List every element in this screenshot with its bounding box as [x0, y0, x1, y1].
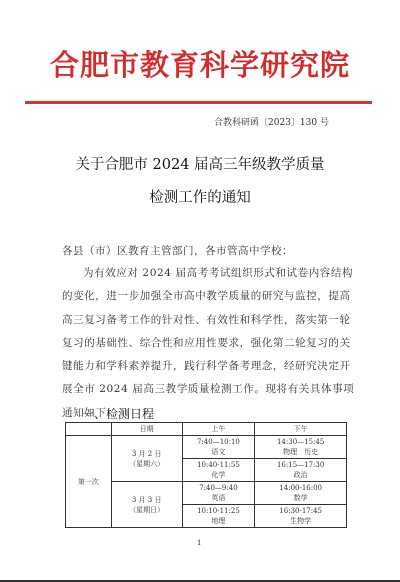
weekday-text: （星期六） — [112, 459, 182, 469]
slot-subject: 数学 — [255, 493, 346, 503]
slot-subject: 生物学 — [255, 516, 346, 526]
afternoon-slot: 16:15—17:30 政治 — [255, 459, 347, 482]
slot-subject: 政治 — [255, 470, 346, 480]
date-cell: 3 月 2 日 （星期六） — [111, 436, 182, 482]
weekday-text: （星期日） — [112, 505, 182, 515]
morning-slot: 7:40—10:10 语文 — [182, 436, 255, 459]
body-line: 为有效应对 2024 届高考考试组织形式和试卷内容结构 — [62, 262, 342, 285]
red-header-rule — [25, 101, 372, 104]
slot-subject: 地理 — [183, 516, 255, 526]
page-number: 1 — [197, 539, 201, 547]
slot-time: 7:40—10:10 — [183, 437, 255, 447]
morning-slot: 10:10-11:25 地理 — [182, 505, 255, 528]
header-date: 日期 — [111, 423, 182, 436]
salutation: 各县（市）区教育主管部门，各市管高中学校： — [62, 243, 293, 258]
slot-subject: 物理 历史 — [255, 447, 346, 457]
body-line: 键能力和学科素养提升，践行科学备考理念，经研究决定开 — [62, 355, 342, 378]
notice-title-line-1: 关于合肥市 2024 届高三年级教学质量 — [0, 156, 400, 174]
table-header-row: 日期 上午 下午 — [66, 423, 347, 436]
document-number: 合教科研函〔2023〕130 号 — [214, 115, 329, 128]
slot-time: 10:10-11:25 — [183, 506, 255, 516]
round-cell: 第一次 — [66, 436, 112, 528]
afternoon-slot: 14:00-16:00 数学 — [255, 482, 347, 505]
date-text: 3 月 3 日 — [112, 495, 182, 505]
slot-time: 14:00-16:00 — [255, 483, 346, 493]
slot-subject: 化学 — [183, 470, 255, 480]
notice-title-line-2: 检测工作的通知 — [0, 189, 400, 207]
slot-time: 16:30-17:45 — [255, 506, 346, 516]
slot-time: 10:40-11:55 — [183, 460, 255, 470]
date-cell: 3 月 3 日 （星期日） — [111, 482, 182, 528]
body-line: 展全市 2024 届高三教学质量检测工作。现将有关具体事项 — [62, 378, 342, 401]
exam-schedule-table: 日期 上午 下午 第一次 3 月 2 日 （星期六） 7:40—10:10 语文… — [65, 422, 347, 528]
afternoon-slot: 16:30-17:45 生物学 — [255, 505, 347, 528]
header-afternoon: 下午 — [255, 423, 347, 436]
body-line: 高三复习备考工作的针对性、有效性和科学性，落实第一轮 — [62, 309, 342, 332]
body-paragraph: 为有效应对 2024 届高考考试组织形式和试卷内容结构 的变化，进一步加强全市高… — [62, 262, 342, 425]
header-morning: 上午 — [182, 423, 255, 436]
slot-subject: 语文 — [183, 447, 255, 457]
body-line: 复习的基础性、综合性和应用性要求，强化第二轮复习的关 — [62, 332, 342, 355]
morning-slot: 10:40-11:55 化学 — [182, 459, 255, 482]
table-row: 第一次 3 月 2 日 （星期六） 7:40—10:10 语文 14:30—15… — [66, 436, 347, 459]
slot-time: 7:40—9:40 — [183, 483, 255, 493]
date-text: 3 月 2 日 — [112, 449, 182, 459]
morning-slot: 7:40—9:40 英语 — [182, 482, 255, 505]
section-heading-schedule: 一、检测日程 — [82, 405, 154, 422]
slot-subject: 英语 — [183, 493, 255, 503]
body-line: 的变化，进一步加强全市高中教学质量的研究与监控，提高 — [62, 285, 342, 308]
afternoon-slot: 14:30—15:45 物理 历史 — [255, 436, 347, 459]
issuing-organization-masthead: 合肥市教育科学研究院 — [0, 46, 400, 84]
header-round — [66, 423, 112, 436]
slot-time: 14:30—15:45 — [255, 437, 346, 447]
slot-time: 16:15—17:30 — [255, 460, 346, 470]
